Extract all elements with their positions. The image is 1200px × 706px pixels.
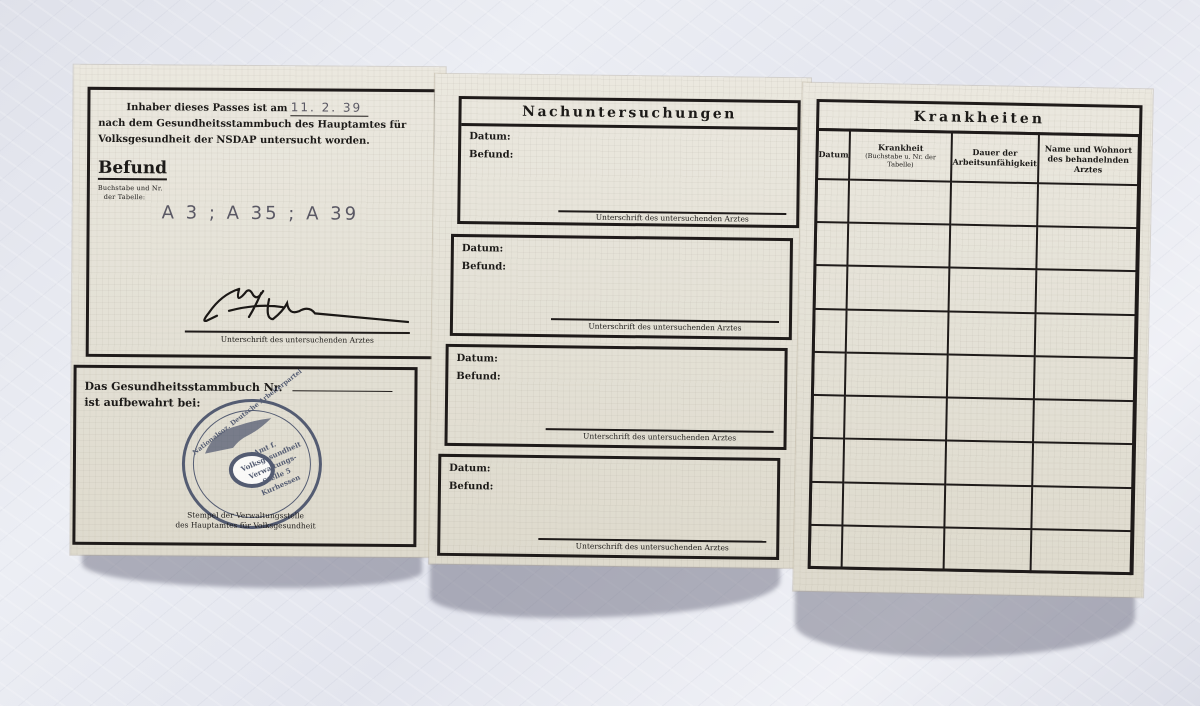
table-row: [816, 179, 1138, 228]
datum-label: Datum:: [449, 463, 490, 475]
column-header-dauer: Dauer der Arbeitsunfähigkeit: [951, 132, 1038, 184]
column-header-arzt: Name und Wohnort des behandelnden Arztes: [1038, 133, 1139, 185]
exam-date: 11. 2. 39: [291, 99, 369, 117]
nachuntersuchungen-box-4: Datum: Befund: Unterschrift des untersuc…: [437, 454, 780, 560]
table-row: [811, 438, 1133, 487]
stammbuch-line1: Das Gesundheitsstammbuch Nr.: [84, 380, 392, 395]
table-row: [810, 525, 1132, 574]
stamp-caption-2: des Hauptamtes für Volksgesundheit: [125, 520, 365, 531]
table-row: [812, 395, 1134, 444]
stammbuch-number-line[interactable]: [292, 390, 392, 392]
befund-label: Befund:: [469, 149, 513, 161]
left-page: Inhaber dieses Passes ist am 11. 2. 39 n…: [70, 65, 445, 558]
nachuntersuchungen-title: Nachuntersuchungen: [461, 99, 797, 130]
nachuntersuchungen-box-3: Datum: Befund: Unterschrift des untersuc…: [444, 344, 787, 450]
table-row: [815, 222, 1137, 271]
signature-caption: Unterschrift des untersuchenden Arztes: [551, 321, 779, 333]
right-page: Krankheiten Datum Krankheit (Buchstabe u…: [793, 83, 1153, 598]
krankheiten-table: Datum Krankheit (Buchstabe u. Nr. der Ta…: [809, 128, 1140, 575]
stammbuch-line2: ist aufbewahrt bei:: [84, 396, 200, 410]
krankheiten-box: Krankheiten Datum Krankheit (Buchstabe u…: [808, 99, 1143, 575]
befund-label: Befund:: [462, 261, 506, 273]
table-row: [813, 352, 1135, 401]
signature-caption: Unterschrift des untersuchenden Arztes: [558, 212, 786, 224]
stamp-caption-1: Stempel der Verwaltungsstelle: [126, 510, 366, 521]
signature-line: [185, 330, 410, 333]
datum-label: Datum:: [462, 243, 503, 255]
signature-caption: Unterschrift des untersuchenden Arztes: [546, 431, 774, 443]
table-row: [815, 265, 1137, 314]
exam-statement-line3: Volksgesundheit der NSDAP untersucht wor…: [98, 132, 428, 150]
column-header-datum: Datum: [817, 129, 850, 180]
signature-caption: Unterschrift des untersuchenden Arztes: [538, 541, 766, 553]
befund-label: Befund:: [449, 481, 493, 493]
column-header-krankheit: Krankheit (Buchstabe u. Nr. der Tabelle): [849, 130, 952, 182]
nachuntersuchungen-box-2: Datum: Befund: Unterschrift des untersuc…: [450, 234, 793, 340]
stammbuch-box: Das Gesundheitsstammbuch Nr. ist aufbewa…: [72, 365, 417, 547]
middle-page: Nachuntersuchungen Datum: Befund: Unters…: [429, 74, 811, 569]
exam-statement-line1: Inhaber dieses Passes ist am: [126, 102, 287, 114]
datum-label: Datum:: [456, 353, 497, 365]
datum-label: Datum:: [469, 131, 510, 143]
befund-label: Befund:: [456, 371, 500, 383]
exam-statement: Inhaber dieses Passes ist am 11. 2. 39 n…: [98, 98, 428, 150]
signature-caption: Unterschrift des untersuchenden Arztes: [185, 334, 410, 345]
nachuntersuchungen-box-1: Nachuntersuchungen Datum: Befund: Unters…: [457, 96, 801, 228]
table-row: [810, 481, 1132, 530]
table-row: [814, 309, 1136, 358]
exam-box: Inhaber dieses Passes ist am 11. 2. 39 n…: [86, 87, 438, 359]
befund-heading: Befund: [98, 158, 167, 180]
befund-value: A 3 ; A 35 ; A 39: [162, 202, 360, 224]
doctor-signature: [199, 281, 409, 332]
befund-sublabel-2: der Tabelle:: [104, 193, 146, 201]
befund-sublabel-1: Buchstabe und Nr.: [98, 184, 163, 192]
